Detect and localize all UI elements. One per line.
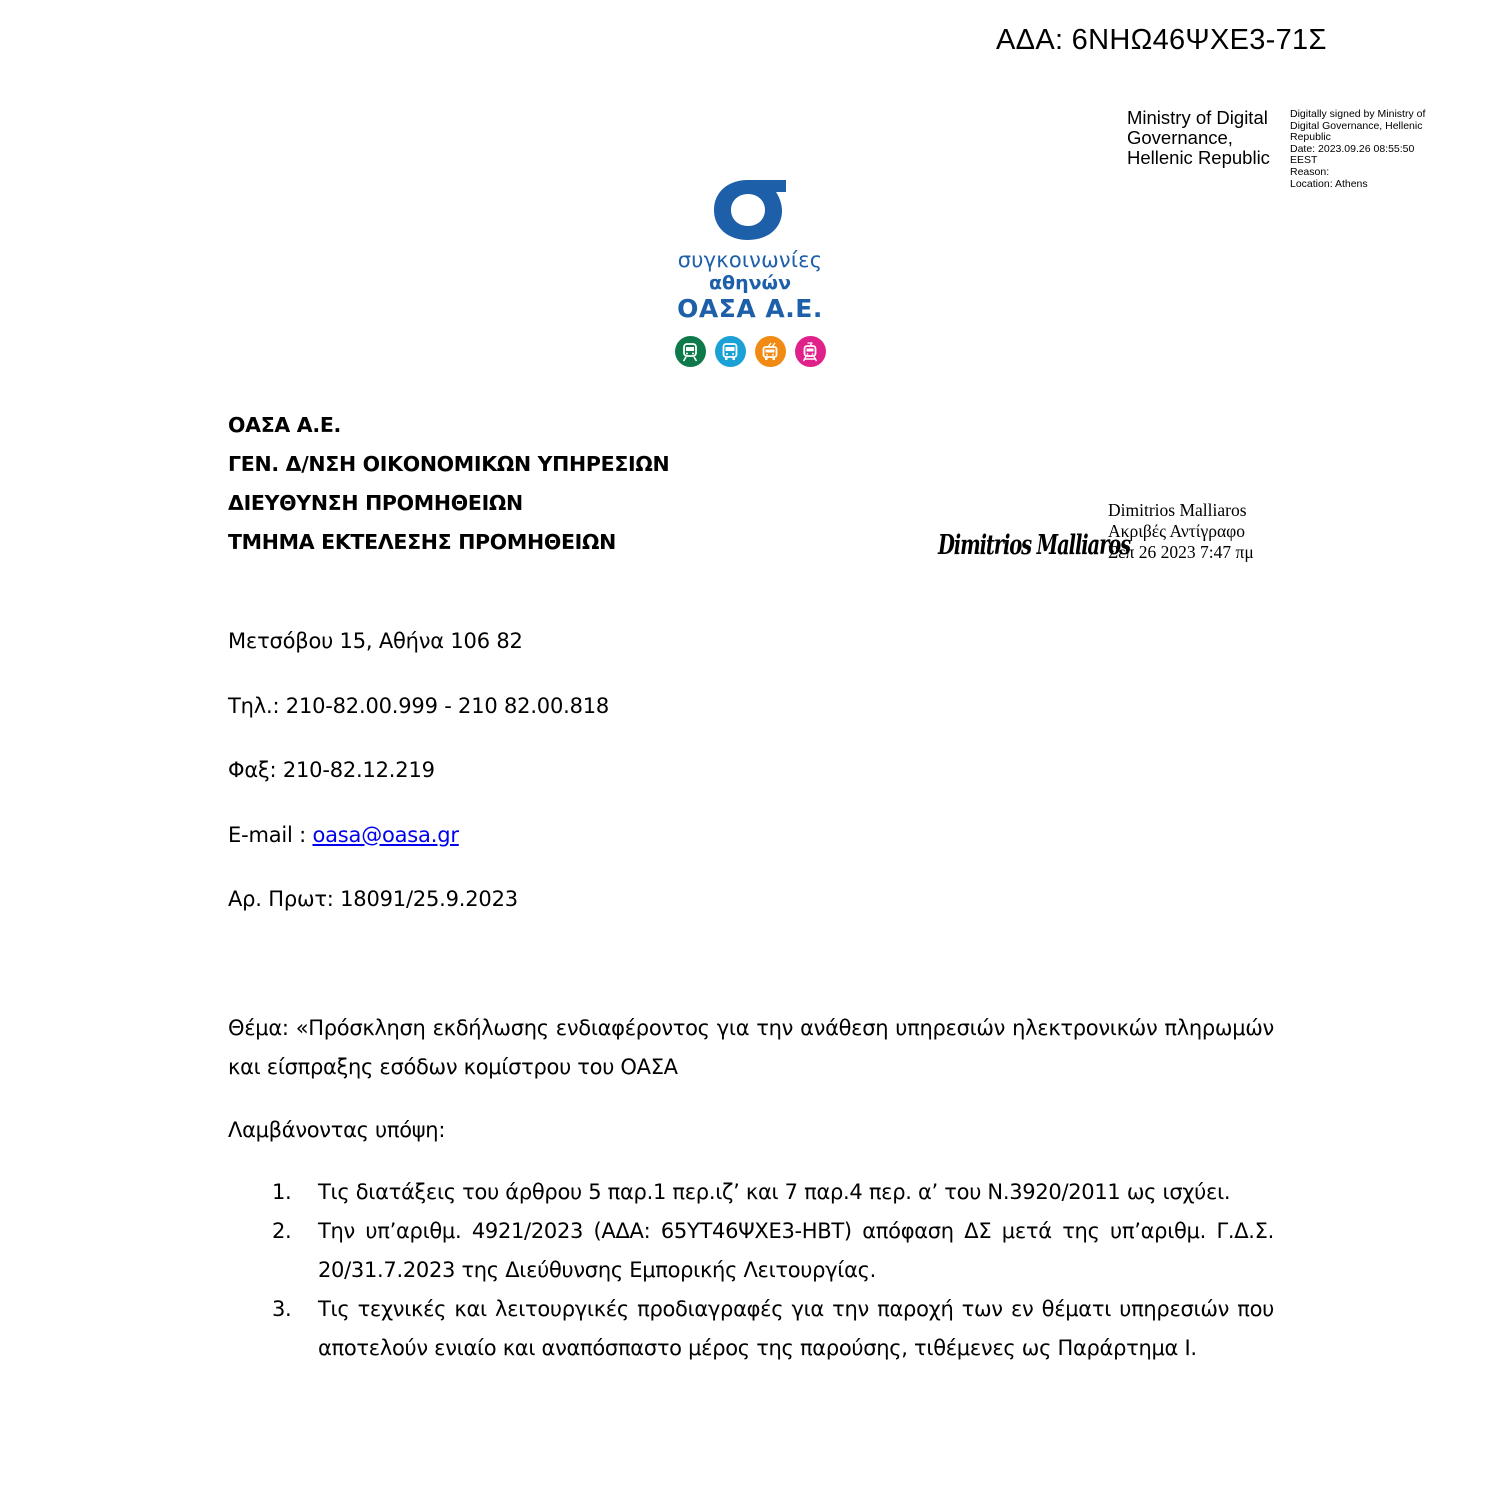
logo-text-line3: ΟΑΣΑ Α.Ε. (662, 294, 838, 324)
fax: Φαξ: 210-82.12.219 (228, 753, 609, 818)
org-name: ΟΑΣΑ Α.Ε. (228, 406, 669, 445)
stamp-signer-name: Dimitrios Malliaros (1108, 500, 1254, 521)
list-item-text: Τις τεχνικές και λειτουργικές προδιαγραφ… (318, 1290, 1274, 1368)
signature-details: Digitally signed by Ministry of Digital … (1290, 109, 1450, 190)
address: Μετσόβου 15, Αθήνα 106 82 (228, 624, 609, 689)
signature-detail-line: Digitally signed by Ministry of (1290, 109, 1450, 121)
protocol-number: Αρ. Πρωτ: 18091/25.9.2023 (228, 882, 609, 947)
signer-name-line: Ministry of Digital (1127, 108, 1287, 128)
list-item: 1. Τις διατάξεις του άρθρου 5 παρ.1 περ.… (228, 1173, 1274, 1212)
list-item-text: Την υπ’αριθμ. 4921/2023 (ΑΔΑ: 65ΥΤ46ΨΧΕ3… (318, 1212, 1274, 1290)
logo-text-line2: αθηνών (662, 272, 838, 294)
subject: Θέμα: «Πρόσκληση εκδήλωσης ενδιαφέροντος… (228, 1009, 1274, 1087)
transport-icons (662, 336, 838, 367)
email-label: E-mail : (228, 823, 312, 847)
org-directorate: ΔΙΕΥΘΥΝΣΗ ΠΡΟΜΗΘΕΙΩΝ (228, 484, 669, 523)
contact-info: Μετσόβου 15, Αθήνα 106 82 Τηλ.: 210-82.0… (228, 624, 609, 947)
oasa-logo: συγκοινωνίες αθηνών ΟΑΣΑ Α.Ε. (662, 178, 838, 367)
signature-location: Location: Athens (1290, 179, 1450, 191)
list-item: 2. Την υπ’αριθμ. 4921/2023 (ΑΔΑ: 65ΥΤ46Ψ… (228, 1212, 1274, 1290)
email-line: E-mail : oasa@oasa.gr (228, 818, 609, 883)
logo-text-line1: συγκοινωνίες (662, 248, 838, 272)
list-item-number: 1. (228, 1173, 318, 1212)
signer-name: Ministry of Digital Governance, Hellenic… (1127, 108, 1287, 190)
org-department: ΤΜΗΜΑ ΕΚΤΕΛΕΣΗΣ ΠΡΟΜΗΘΕΙΩΝ (228, 523, 669, 562)
list-item-text: Τις διατάξεις του άρθρου 5 παρ.1 περ.ιζ’… (318, 1173, 1274, 1212)
list-item: 3. Τις τεχνικές και λειτουργικές προδιαγ… (228, 1290, 1274, 1368)
handwritten-signature: Dimitrios Malliaros (938, 530, 1059, 561)
certified-copy-stamp: Dimitrios Malliaros Dimitrios Malliaros … (938, 500, 1254, 563)
alpha-logo-icon (712, 178, 788, 242)
signature-reason: Reason: (1290, 167, 1450, 179)
phone: Τηλ.: 210-82.00.999 - 210 82.00.818 (228, 689, 609, 754)
digital-signature-block: Ministry of Digital Governance, Hellenic… (1127, 108, 1450, 190)
tram-icon (795, 336, 826, 367)
document-body: Θέμα: «Πρόσκληση εκδήλωσης ενδιαφέροντος… (228, 1009, 1274, 1368)
metro-icon (675, 336, 706, 367)
email-link[interactable]: oasa@oasa.gr (312, 823, 458, 847)
signer-name-line: Hellenic Republic (1127, 148, 1287, 168)
signer-name-line: Governance, (1127, 128, 1287, 148)
taking-into-account: Λαμβάνοντας υπόψη: (228, 1111, 1274, 1150)
ada-code: ΑΔΑ: 6ΝΗΩ46ΨΧΕ3-71Σ (996, 24, 1327, 57)
bus-icon (715, 336, 746, 367)
org-general-directorate: ΓΕΝ. Δ/ΝΣΗ ΟΙΚΟΝΟΜΙΚΩΝ ΥΠΗΡΕΣΙΩΝ (228, 445, 669, 484)
considerations-list: 1. Τις διατάξεις του άρθρου 5 παρ.1 περ.… (228, 1173, 1274, 1368)
trolley-icon (755, 336, 786, 367)
organization-header: ΟΑΣΑ Α.Ε. ΓΕΝ. Δ/ΝΣΗ ΟΙΚΟΝΟΜΙΚΩΝ ΥΠΗΡΕΣΙ… (228, 406, 669, 562)
list-item-number: 3. (228, 1290, 318, 1368)
list-item-number: 2. (228, 1212, 318, 1290)
